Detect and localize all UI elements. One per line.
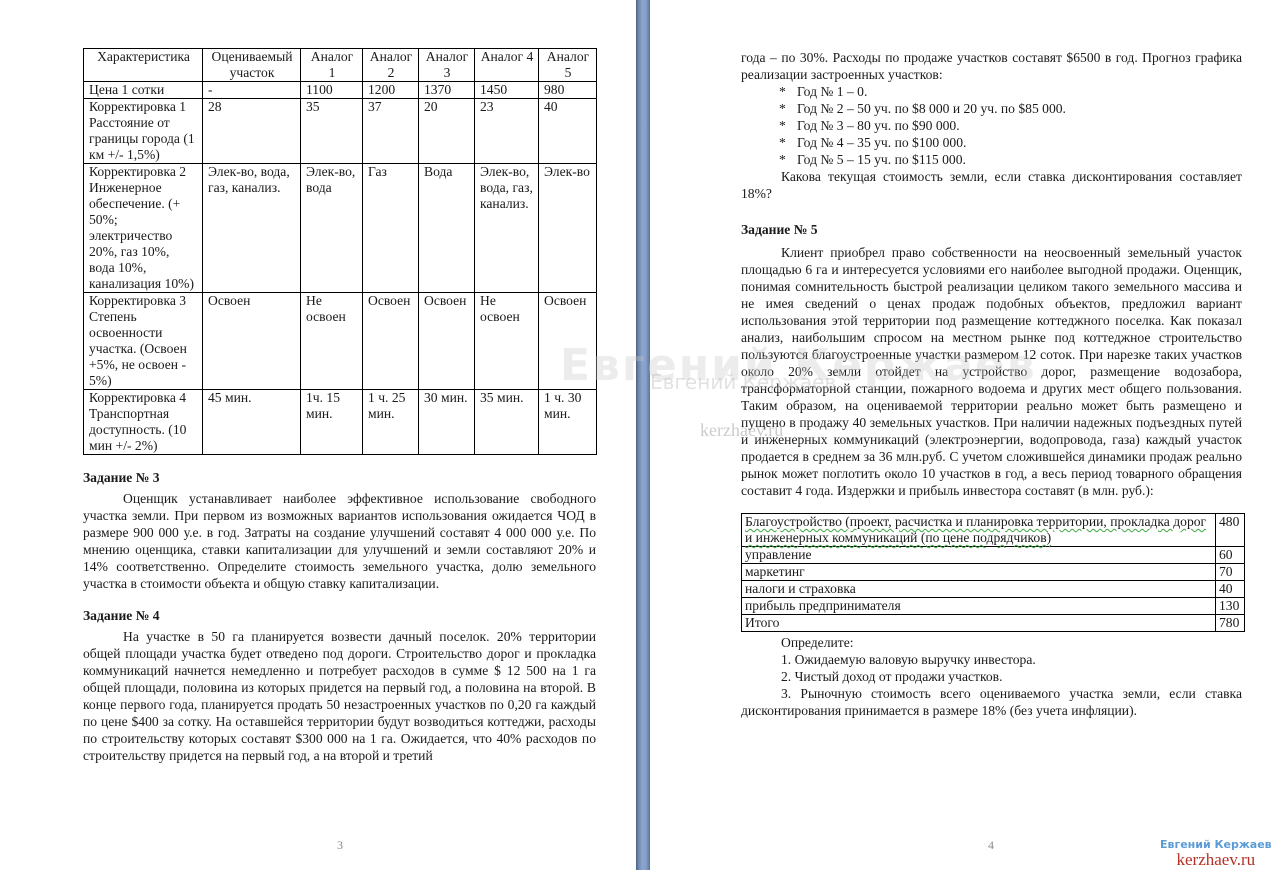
table-row: Корректировка 1 Расстояние от границы го… [84, 99, 597, 164]
table-row: управление60 [742, 547, 1245, 564]
table-cell: 980 [539, 82, 597, 99]
table-cell: 20 [419, 99, 475, 164]
table-cell: 37 [363, 99, 419, 164]
cost-value: 130 [1216, 598, 1245, 615]
schedule-item-text: Год № 3 – 80 уч. по $90 000. [797, 118, 960, 133]
table-cell: Элек-во, вода [301, 164, 363, 293]
table-cell: Освоен [539, 293, 597, 390]
cost-item: налоги и страховка [742, 581, 1216, 598]
table-cell: Освоен [419, 293, 475, 390]
table-row: Корректировка 4 Транспортная доступность… [84, 390, 597, 455]
table-cell: 1ч. 15 мин. [301, 390, 363, 455]
row-label-cell: Корректировка 4 Транспортная доступность… [84, 390, 203, 455]
table-header-row: ХарактеристикаОцениваемый участокАналог … [84, 49, 597, 82]
row-label-cell: Корректировка 2 Инженерное обеспечение. … [84, 164, 203, 293]
table-cell: 1 ч. 30 мин. [539, 390, 597, 455]
table-cell: Не освоен [301, 293, 363, 390]
column-header: Аналог 1 [301, 49, 363, 82]
schedule-item: *Год № 2 – 50 уч. по $8 000 и 20 уч. по … [779, 100, 1242, 117]
page-4-content: года – по 30%. Расходы по продаже участк… [741, 49, 1242, 719]
table-cell: - [203, 82, 301, 99]
cost-item: Благоустройство (проект, расчистка и пла… [742, 514, 1216, 547]
determine-label: Определите: [741, 634, 1242, 651]
cost-item: прибыль предпринимателя [742, 598, 1216, 615]
table-cell: 1 ч. 25 мин. [363, 390, 419, 455]
table-cell: Вода [419, 164, 475, 293]
determine-item: 2. Чистый доход от продажи участков. [741, 668, 1242, 685]
table-cell: 45 мин. [203, 390, 301, 455]
column-header: Аналог 4 [475, 49, 539, 82]
table-cell: Элек-во, вода, газ, канализ. [475, 164, 539, 293]
schedule-item-text: Год № 5 – 15 уч. по $115 000. [797, 152, 966, 167]
bullet-star-icon: * [779, 100, 797, 117]
row-label-cell: Корректировка 1 Расстояние от границы го… [84, 99, 203, 164]
schedule-item-text: Год № 4 – 35 уч. по $100 000. [797, 135, 966, 150]
task-5-title: Задание № 5 [741, 221, 1242, 238]
cost-value: 40 [1216, 581, 1245, 598]
schedule-item: *Год № 4 – 35 уч. по $100 000. [779, 134, 1242, 151]
task-4-text: На участке в 50 га планируется возвести … [83, 628, 596, 764]
sales-schedule-list: *Год № 1 – 0.*Год № 2 – 50 уч. по $8 000… [741, 83, 1242, 168]
task-3-text: Оценщик устанавливает наиболее эффективн… [83, 490, 596, 592]
bullet-star-icon: * [779, 83, 797, 100]
page-number: 3 [337, 838, 343, 853]
cost-value: 780 [1216, 615, 1245, 632]
page-number: 4 [988, 838, 994, 853]
table-cell: 1100 [301, 82, 363, 99]
table-cell: 35 [301, 99, 363, 164]
page-3: ХарактеристикаОцениваемый участокАналог … [0, 0, 636, 870]
cost-value: 480 [1216, 514, 1245, 547]
table-row: маркетинг70 [742, 564, 1245, 581]
schedule-item-text: Год № 1 – 0. [797, 84, 867, 99]
table-cell: 28 [203, 99, 301, 164]
table-row: Корректировка 2 Инженерное обеспечение. … [84, 164, 597, 293]
page-4: года – по 30%. Расходы по продаже участк… [650, 0, 1286, 870]
row-label-cell: Цена 1 сотки [84, 82, 203, 99]
table-cell: 35 мин. [475, 390, 539, 455]
cost-item: маркетинг [742, 564, 1216, 581]
determine-item: 1. Ожидаемую валовую выручку инвестора. [741, 651, 1242, 668]
comparison-table: ХарактеристикаОцениваемый участокАналог … [83, 48, 597, 455]
table-cell: 1370 [419, 82, 475, 99]
cost-item: Итого [742, 615, 1216, 632]
column-header: Аналог 2 [363, 49, 419, 82]
determine-item: 3. Рыночную стоимость всего оцениваемого… [741, 685, 1242, 719]
table-cell: Газ [363, 164, 419, 293]
table-row: прибыль предпринимателя130 [742, 598, 1245, 615]
column-header: Оцениваемый участок [203, 49, 301, 82]
column-header: Аналог 3 [419, 49, 475, 82]
schedule-item: *Год № 5 – 15 уч. по $115 000. [779, 151, 1242, 168]
table-cell: 1450 [475, 82, 539, 99]
bullet-star-icon: * [779, 151, 797, 168]
task-4-title: Задание № 4 [83, 607, 596, 624]
table-cell: Освоен [203, 293, 301, 390]
task-3-title: Задание № 3 [83, 469, 596, 486]
table-cell: Освоен [363, 293, 419, 390]
table-cell: 23 [475, 99, 539, 164]
table-row: Итого780 [742, 615, 1245, 632]
table-cell: 30 мин. [419, 390, 475, 455]
row-label-cell: Корректировка 3 Степень освоенности учас… [84, 293, 203, 390]
table-cell: 1200 [363, 82, 419, 99]
cost-value: 60 [1216, 547, 1245, 564]
cost-item: управление [742, 547, 1216, 564]
costs-table: Благоустройство (проект, расчистка и пла… [741, 513, 1245, 632]
bullet-star-icon: * [779, 134, 797, 151]
task-5-text: Клиент приобрел право собственности на н… [741, 244, 1242, 499]
table-cell: Элек-во [539, 164, 597, 293]
table-cell: 40 [539, 99, 597, 164]
table-cell: Элек-во, вода, газ, канализ. [203, 164, 301, 293]
schedule-item-text: Год № 2 – 50 уч. по $8 000 и 20 уч. по $… [797, 101, 1066, 116]
schedule-item: *Год № 1 – 0. [779, 83, 1242, 100]
determine-block: Определите: 1. Ожидаемую валовую выручку… [741, 634, 1242, 719]
bullet-star-icon: * [779, 117, 797, 134]
table-cell: Не освоен [475, 293, 539, 390]
column-header: Характеристика [84, 49, 203, 82]
table-row: Корректировка 3 Степень освоенности учас… [84, 293, 597, 390]
page-divider [636, 0, 650, 870]
cost-value: 70 [1216, 564, 1245, 581]
table-row: Благоустройство (проект, расчистка и пла… [742, 514, 1245, 547]
page-3-content: ХарактеристикаОцениваемый участокАналог … [83, 48, 596, 764]
task-4-continued-text: года – по 30%. Расходы по продаже участк… [741, 49, 1242, 83]
column-header: Аналог 5 [539, 49, 597, 82]
table-row: налоги и страховка40 [742, 581, 1245, 598]
task-4-question: Какова текущая стоимость земли, если ста… [741, 168, 1242, 202]
table-row: Цена 1 сотки-1100120013701450980 [84, 82, 597, 99]
schedule-item: *Год № 3 – 80 уч. по $90 000. [779, 117, 1242, 134]
